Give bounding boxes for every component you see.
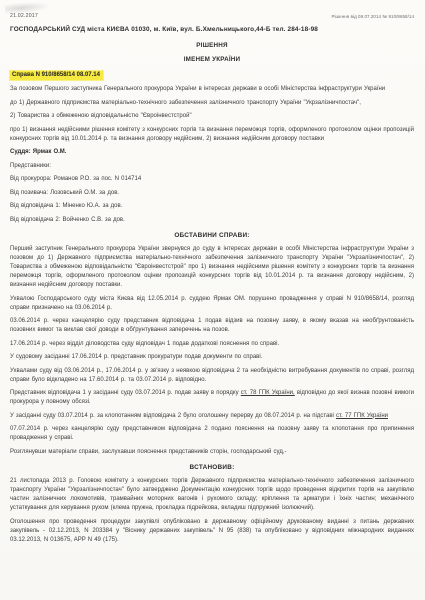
meta-row: 21.02.2017 Рішення від 08.07.2014 № 910/… <box>10 13 414 19</box>
section-heading-established: ВСТАНОВИВ: <box>10 464 414 471</box>
scan-date: 21.02.2017 <box>10 13 38 19</box>
text-run: За позовом Першого заступника Генерально… <box>10 86 385 92</box>
text-run: до 1) Державного підприємства матеріальн… <box>10 100 361 106</box>
text-run: Від позивача: Лозовський О.М. за дов. <box>10 190 119 196</box>
text-run: 21 листопада 2013 р. Головою комітету з … <box>10 478 414 511</box>
section-heading-circumstances: ОБСТАВИНИ СПРАВИ: <box>10 232 414 239</box>
text-run: Розглянувши матеріали справи, заслухавши… <box>10 449 287 455</box>
text-run: Ухвалами суду від 03.06.2014 р., 17.06.2… <box>10 368 414 383</box>
ruling-paragraph: Ухвалою Господарського суду міста Києва … <box>10 295 414 313</box>
text-run: У засіданні суду 03.07.2014 р. за клопот… <box>10 413 336 419</box>
hearing-documents-paragraph: У судовому засіданні 17.06.2014 р. предс… <box>10 353 414 362</box>
judge-line: Суддя: Ярмак О.М. <box>10 148 414 157</box>
scanned-court-decision-page: 21.02.2017 Рішення від 08.07.2014 № 910/… <box>0 0 425 600</box>
recess-paragraph: У засіданні суду 03.07.2014 р. за клопот… <box>10 412 414 421</box>
text-run: Перший заступник Генерального прокурора … <box>10 246 414 288</box>
text-run: 07.07.2014 р. через канцелярію суду пред… <box>10 426 414 441</box>
text-run: Представники: <box>10 163 51 169</box>
document-subtitle: ІМЕНЕМ УКРАЇНИ <box>10 56 414 63</box>
admission-paragraph: Представник відповідача 1 у засіданні су… <box>10 389 414 407</box>
circumstances-paragraph: Перший заступник Генерального прокурора … <box>10 245 414 290</box>
postponement-paragraph: Ухвалами суду від 03.06.2014 р., 17.06.2… <box>10 367 414 385</box>
representatives-label: Представники: <box>10 162 414 171</box>
text-run: Від відповідача 2: Войченко С.В. за дов. <box>10 217 125 223</box>
text-run: ОБСТАВИНИ СПРАВИ: <box>174 232 249 239</box>
claimant-paragraph: За позовом Першого заступника Генерально… <box>10 85 414 94</box>
case-number-line: Справа N 910/8658/14 08.07.14 <box>10 72 414 78</box>
case-number-highlight: Справа N 910/8658/14 08.07.14 <box>10 71 103 80</box>
announcement-paragraph: Оголошення про проведення процедури заку… <box>10 518 414 545</box>
statute-link[interactable]: ст. 77 ГПК України <box>336 413 388 419</box>
additional-explanations-paragraph: 17.06.2014 р. через відділ діловодства с… <box>10 340 414 349</box>
text-run: Оголошення про проведення процедури заку… <box>10 519 414 543</box>
tender-documentation-paragraph: 21 листопада 2013 р. Головою комітету з … <box>10 477 414 513</box>
subject-paragraph: про 1) визнання недійсними рішення коміт… <box>10 126 414 144</box>
text-run: 2) Товариства з обмеженою відповідальніс… <box>10 113 192 119</box>
prosecutor-rep-line: Від прокурора: Романов Р.О. за пос. N 01… <box>10 175 414 184</box>
text-run: 03.06.2014 р. через канцелярію суду пред… <box>10 318 414 333</box>
defendant2-rep-line: Від відповідача 2: Войченко С.В. за дов. <box>10 216 414 225</box>
document-body: За позовом Першого заступника Генерально… <box>10 85 414 545</box>
text-run: Ухвалою Господарського суду міста Києва … <box>10 296 414 311</box>
text-run: Суддя: Ярмак О.М. <box>10 149 66 155</box>
text-run: У судовому засіданні 17.06.2014 р. предс… <box>10 354 262 360</box>
motion-paragraph: 07.07.2014 р. через канцелярію суду пред… <box>10 425 414 443</box>
response-paragraph: 03.06.2014 р. через канцелярію суду пред… <box>10 317 414 335</box>
text-run: про 1) визнання недійсними рішення коміт… <box>10 127 414 142</box>
text-run: Від відповідача 1: Міненко Ю.А. за дов. <box>10 203 122 209</box>
decision-reference: Рішення від 08.07.2014 № 910/8658/14 <box>331 14 414 19</box>
considered-paragraph: Розглянувши матеріали справи, заслухавши… <box>10 448 414 457</box>
plaintiff-rep-line: Від позивача: Лозовський О.М. за дов. <box>10 189 414 198</box>
scan-artifact <box>5 0 52 13</box>
text-run: ВСТАНОВИВ: <box>190 464 235 471</box>
statute-link[interactable]: ст. 78 ГПК України, <box>241 390 295 396</box>
document-title: РІШЕННЯ <box>10 42 414 49</box>
text-run: 17.06.2014 р. через відділ діловодства с… <box>10 341 279 347</box>
court-header: ГОСПОДАРСЬКИЙ СУД міста КИЄВА 01030, м. … <box>10 26 414 33</box>
defendant1-rep-line: Від відповідача 1: Міненко Ю.А. за дов. <box>10 202 414 211</box>
defendant1-paragraph: до 1) Державного підприємства матеріальн… <box>10 99 414 108</box>
text-run: Представник відповідача 1 у засіданні су… <box>10 390 241 396</box>
text-run: Від прокурора: Романов Р.О. за пос. N 01… <box>10 176 141 182</box>
defendant2-paragraph: 2) Товариства з обмеженою відповідальніс… <box>10 112 414 121</box>
